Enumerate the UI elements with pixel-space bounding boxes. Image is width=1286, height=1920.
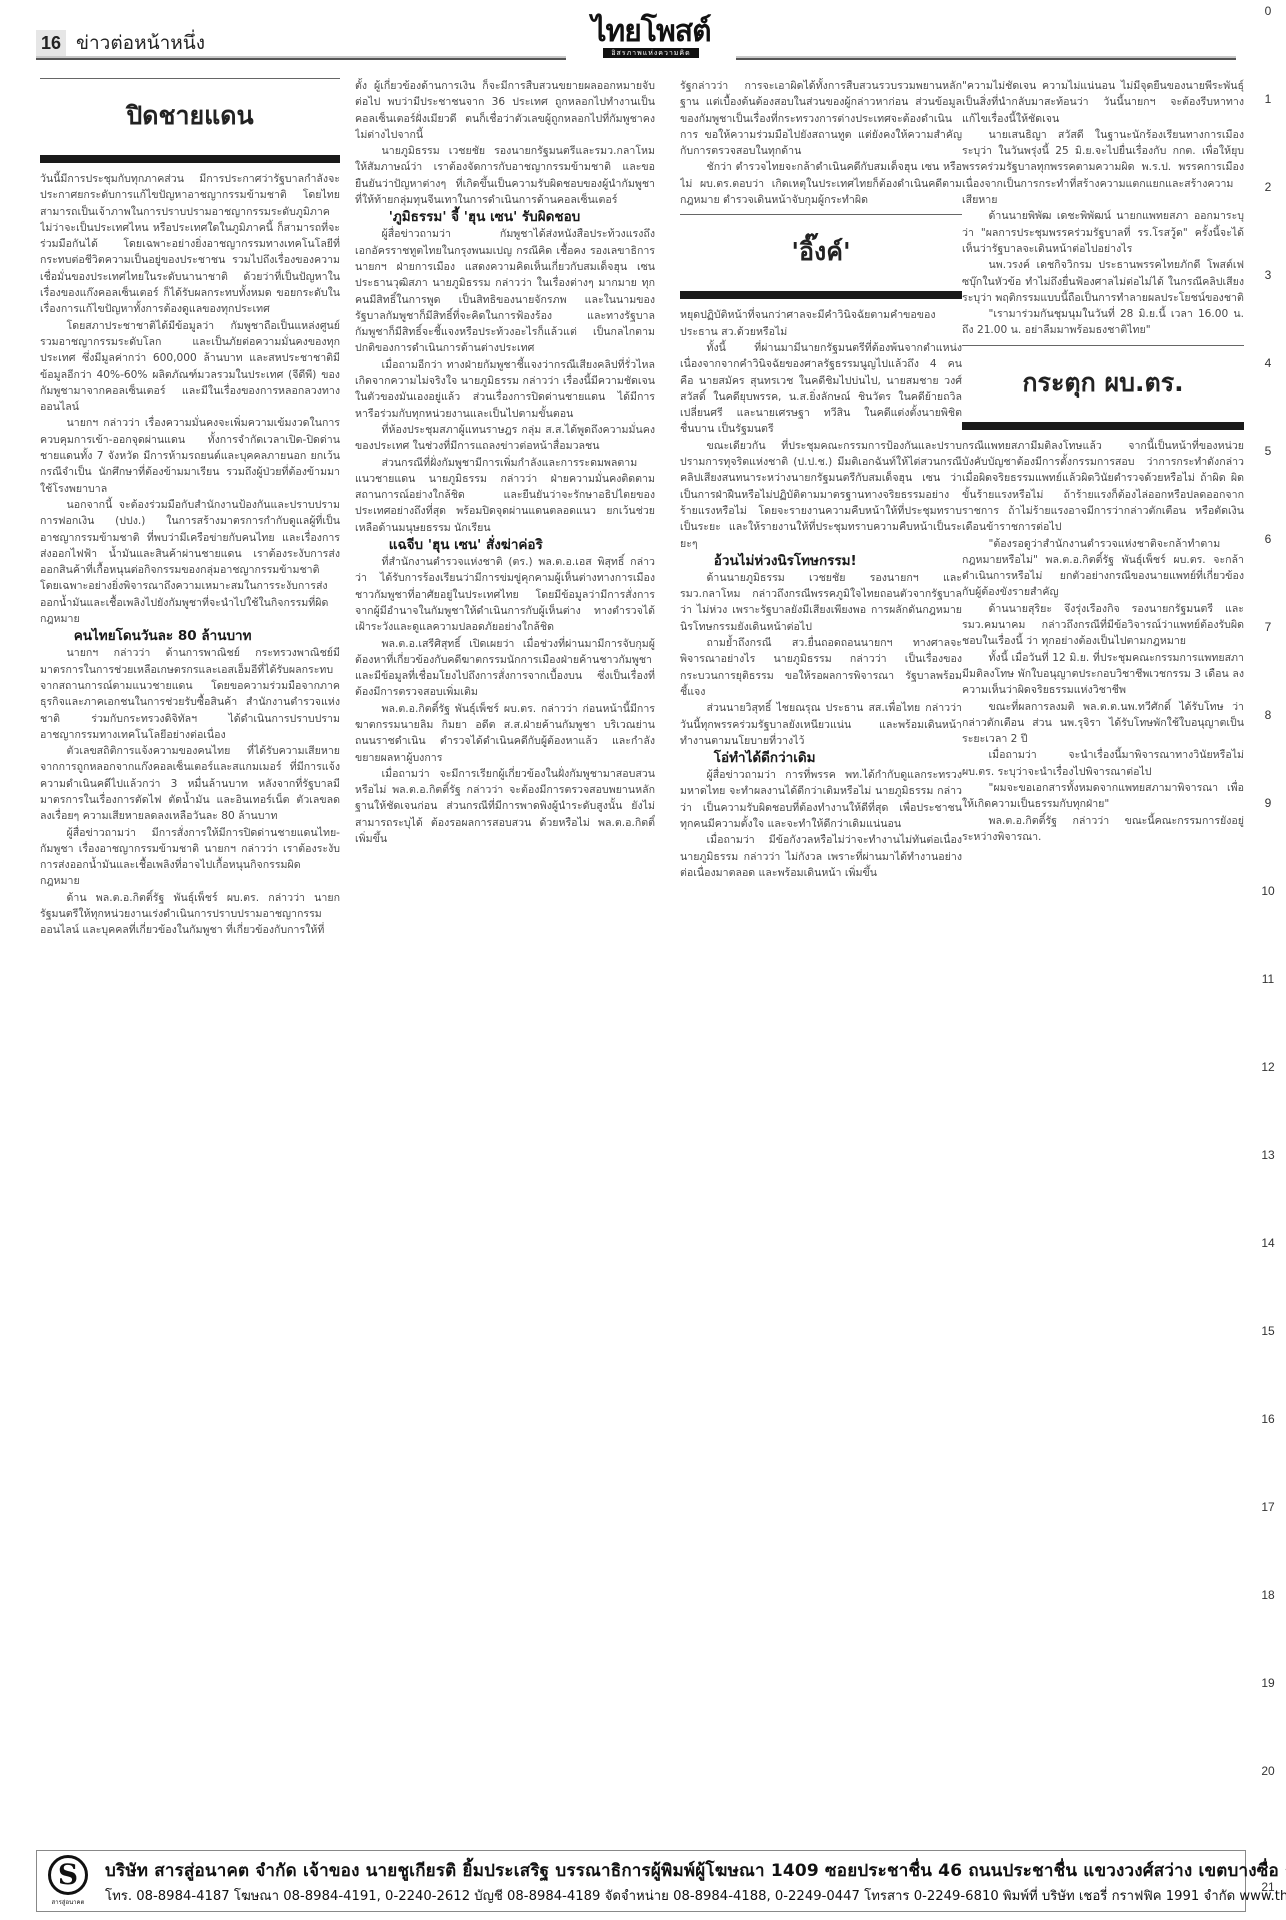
ruler-mark: 16 (1250, 1412, 1286, 1426)
ruler-mark: 5 (1250, 444, 1286, 458)
paragraph: ทั้งนี้ ที่ผ่านมามีนายกรัฐมนตรีที่ต้องพ้… (680, 340, 962, 438)
paragraph: นายเสนธิญา สวัสดี ในฐานะนักร้องเรียนทางก… (962, 127, 1244, 208)
ruler-mark: 19 (1250, 1676, 1286, 1690)
paragraph: พล.ต.อ.กิตติ์รัฐ กล่าวว่า ขณะนี้คณะกรรมก… (962, 813, 1244, 846)
subheading: 'ภูมิธรรม' จี้ 'ฮุน เซน' รับผิดชอบ (355, 208, 655, 226)
column-1: ปิดชายแดน วันนี้มีการประชุมกับทุกภาคส่วน… (40, 78, 340, 1818)
paragraph: วันนี้มีการประชุมกับทุกภาคส่วน มีการประก… (40, 171, 340, 318)
paragraph: "เรามาร่วมกันชุมนุมในวันที่ 28 มิ.ย.นี้ … (962, 306, 1244, 339)
paragraph: พล.ต.อ.กิตติ์รัฐ พันธุ์เพ็ชร์ ผบ.ตร. กล่… (355, 701, 655, 766)
paragraph: ด้าน พล.ต.อ.กิตติ์รัฐ พันธุ์เพ็ชร์ ผบ.ตร… (40, 890, 340, 939)
paragraph: กรณีแพทยสภามีมติลงโทษแล้ว จากนี้เป็นหน้า… (962, 438, 1244, 536)
header-rule-right (736, 56, 1236, 60)
newspaper-page: 16 ข่าวต่อหน้าหนึ่ง ไทยโพสต์ อิสรภาพแห่ง… (0, 0, 1286, 1920)
paragraph: นายกฯ กล่าวว่า เรื่องความมั่นคงจะเพิ่มคว… (40, 415, 340, 496)
ruler-mark: 1 (1250, 92, 1286, 106)
article-heading-border: ปิดชายแดน (40, 78, 340, 163)
ruler-mark: 3 (1250, 268, 1286, 282)
page-ruler: 0 1 2 3 4 5 6 7 8 9 10 11 12 13 14 15 16… (1250, 0, 1286, 1920)
paragraph: พล.ต.อ.เสรีศิสุทธิ์ เปิดเผยว่า เมื่อช่วง… (355, 636, 655, 701)
subheading: แฉจีบ 'ฮุน เซน' สั่งฆ่าค่อริ (355, 536, 655, 554)
subheading: คนไทยโดนวันละ 80 ล้านบาท (40, 627, 340, 645)
paragraph: ขณะเดียวกัน ที่ประชุมคณะกรรมการป้องกันแล… (680, 438, 962, 552)
paragraph: ที่สำนักงานตำรวจแห่งชาติ (ตร.) พล.ต.อ.เอ… (355, 554, 655, 635)
paragraph: ที่ห้องประชุมสภาผู้แทนราษฎร กลุ่ม ส.ส.ได… (355, 422, 655, 455)
paragraph: ผู้สื่อข่าวถามว่า กัมพูชาได้ส่งหนังสือปร… (355, 226, 655, 356)
ruler-mark: 9 (1250, 796, 1286, 810)
paragraph: ด้านนายสุริยะ จึงรุ่งเรืองกิจ รองนายกรัฐ… (962, 601, 1244, 650)
ruler-mark: 13 (1250, 1148, 1286, 1162)
paragraph: ทั้งนี้ เมื่อวันที่ 12 มิ.ย. ที่ประชุมคณ… (962, 650, 1244, 699)
thaipost-logo: ไทยโพสต์ อิสรภาพแห่งความคิด (571, 16, 731, 62)
column-3: รัฐกล่าวว่า การจะเอาผิดได้ทั้งการสืบสวนร… (680, 78, 962, 1818)
subheading: อ้วนไม่ห่วงนิรโทษกรรม! (680, 552, 962, 570)
paragraph: "ต้องรอดูว่าสำนักงานตำรวจแห่งชาติจะกล้าท… (962, 536, 1244, 601)
ruler-mark: 7 (1250, 620, 1286, 634)
paragraph: ขณะที่ผลการลงมติ พล.ต.ต.นพ.ทวีศักดิ์ ได้… (962, 699, 1244, 748)
publisher-footer: สารสู่อนาคต บริษัท สารสู่อนาคต จำกัด เจ้… (36, 1850, 1246, 1912)
logo-wordmark: ไทยโพสต์ (571, 16, 731, 48)
paragraph: "ความไม่ชัดเจน ความไม่แน่นอน ไม่มีจุดยืน… (962, 78, 1244, 127)
paragraph: ตัวเลขสถิติการแจ้งความของคนไทย ที่ได้รับ… (40, 743, 340, 824)
paragraph: ชักว่า ตำรวจไทยจะกล้าดำเนินคดีกับสมเด็จฮ… (680, 159, 962, 208)
page-number: 16 (36, 30, 66, 56)
ruler-mark: 12 (1250, 1060, 1286, 1074)
paragraph: นายภูมิธรรม เวชยชัย รองนายกรัฐมนตรีและรม… (355, 143, 655, 208)
paragraph: หยุดปฏิบัติหน้าที่จนกว่าศาลจะมีคำวินิจฉั… (680, 307, 962, 340)
paragraph: นอกจากนี้ จะต้องร่วมมือกับสำนักงานป้องกั… (40, 497, 340, 627)
paragraph: ด้านนายภูมิธรรม เวชยชัย รองนายกฯ และ รมว… (680, 570, 962, 635)
ruler-mark: 11 (1250, 972, 1286, 986)
article-heading-police-chief: กระตุก ผบ.ตร. (962, 345, 1244, 430)
subheading: โอ่ทำได้ดีกว่าเดิม (680, 749, 962, 767)
paragraph: ด้านนายพิพัฒ เดชะพิพัฒน์ นายกแพทยสภา ออก… (962, 208, 1244, 257)
paragraph: เมื่อถามว่า จะมีการเรียกผู้เกี่ยวข้องในฝ… (355, 766, 655, 847)
logo-tagline: อิสรภาพแห่งความคิด (603, 48, 699, 58)
ruler-mark: 15 (1250, 1324, 1286, 1338)
publisher-info: บริษัท สารสู่อนาคต จำกัด เจ้าของ นายชูเก… (105, 1857, 1286, 1884)
headline-ing: 'อิ๊งค์' (680, 235, 962, 269)
paragraph: ผู้สื่อข่าวถามว่า การที่พรรค พท.ได้กำกับ… (680, 767, 962, 832)
column-4: "ความไม่ชัดเจน ความไม่แน่นอน ไม่มีจุดยืน… (962, 78, 1244, 1818)
ruler-mark: 8 (1250, 708, 1286, 722)
paragraph: เมื่อถามว่า จะนำเรื่องนี้มาพิจารณาทางวิน… (962, 747, 1244, 780)
paragraph: โดยสภาประชาชาติได้มีข้อมูลว่า กัมพูชาถือ… (40, 318, 340, 416)
heading-bar (680, 291, 962, 299)
article-heading-ing: 'อิ๊งค์' (680, 214, 962, 299)
heading-bar (962, 422, 1244, 430)
paragraph: เมื่อถามอีกว่า ทางฝ่ายกัมพูชาชี้แจงว่ากร… (355, 357, 655, 422)
ruler-mark: 4 (1250, 356, 1286, 370)
paragraph: ส่วนนายวิสุทธิ์ ไชยณรุณ ประธาน สส.เพื่อไ… (680, 700, 962, 749)
publisher-logo: สารสู่อนาคต (45, 1855, 91, 1909)
ruler-mark: 0 (1250, 4, 1286, 18)
headline-border-closing: ปิดชายแดน (40, 99, 340, 133)
paragraph: ตั้ง ผู้เกี่ยวข้องด้านการเงิน ก็จะมีการส… (355, 78, 655, 143)
ruler-mark: 2 (1250, 180, 1286, 194)
paragraph: นายกฯ กล่าวว่า ด้านการพาณิชย์ กระทรวงพาณ… (40, 645, 340, 743)
heading-bar (40, 155, 340, 163)
ruler-mark: 17 (1250, 1500, 1286, 1514)
ruler-mark: 20 (1250, 1764, 1286, 1778)
header-rule-left (36, 56, 566, 60)
paragraph: ส่วนกรณีที่ฝั่งกัมพูชามีการเพิ่มกำลังและ… (355, 455, 655, 536)
section-label: ข่าวต่อหน้าหนึ่ง (76, 30, 205, 56)
headline-police-chief: กระตุก ผบ.ตร. (962, 366, 1244, 400)
column-2: ตั้ง ผู้เกี่ยวข้องด้านการเงิน ก็จะมีการส… (355, 78, 655, 1818)
publisher-contact: โทร. 08-8984-4187 โฆษณา 08-8984-4191, 0-… (105, 1885, 1286, 1906)
ruler-mark: 18 (1250, 1588, 1286, 1602)
paragraph: นพ.วรงค์ เดชกิจวิกรม ประธานพรรคไทยภักดี … (962, 257, 1244, 306)
publisher-logo-caption: สารสู่อนาคต (45, 1897, 91, 1907)
paragraph: ผู้สื่อข่าวถามว่า มีการสั่งการให้มีการปิ… (40, 825, 340, 890)
publisher-logo-icon (48, 1855, 88, 1895)
paragraph: รัฐกล่าวว่า การจะเอาผิดได้ทั้งการสืบสวนร… (680, 78, 962, 159)
paragraph: "ผมจะขอเอกสารทั้งหมดจากแพทยสภามาพิจารณา … (962, 780, 1244, 813)
ruler-mark: 10 (1250, 884, 1286, 898)
masthead: 16 ข่าวต่อหน้าหนึ่ง ไทยโพสต์ อิสรภาพแห่ง… (36, 12, 1236, 62)
paragraph: ถามย้ำถึงกรณี สว.ยื่นถอดถอนนายกฯ ทางศาลจ… (680, 635, 962, 700)
ruler-mark: 14 (1250, 1236, 1286, 1250)
ruler-mark: 6 (1250, 532, 1286, 546)
paragraph: เมื่อถามว่า มีข้อกังวลหรือไม่ว่าจะทำงานไ… (680, 832, 962, 881)
